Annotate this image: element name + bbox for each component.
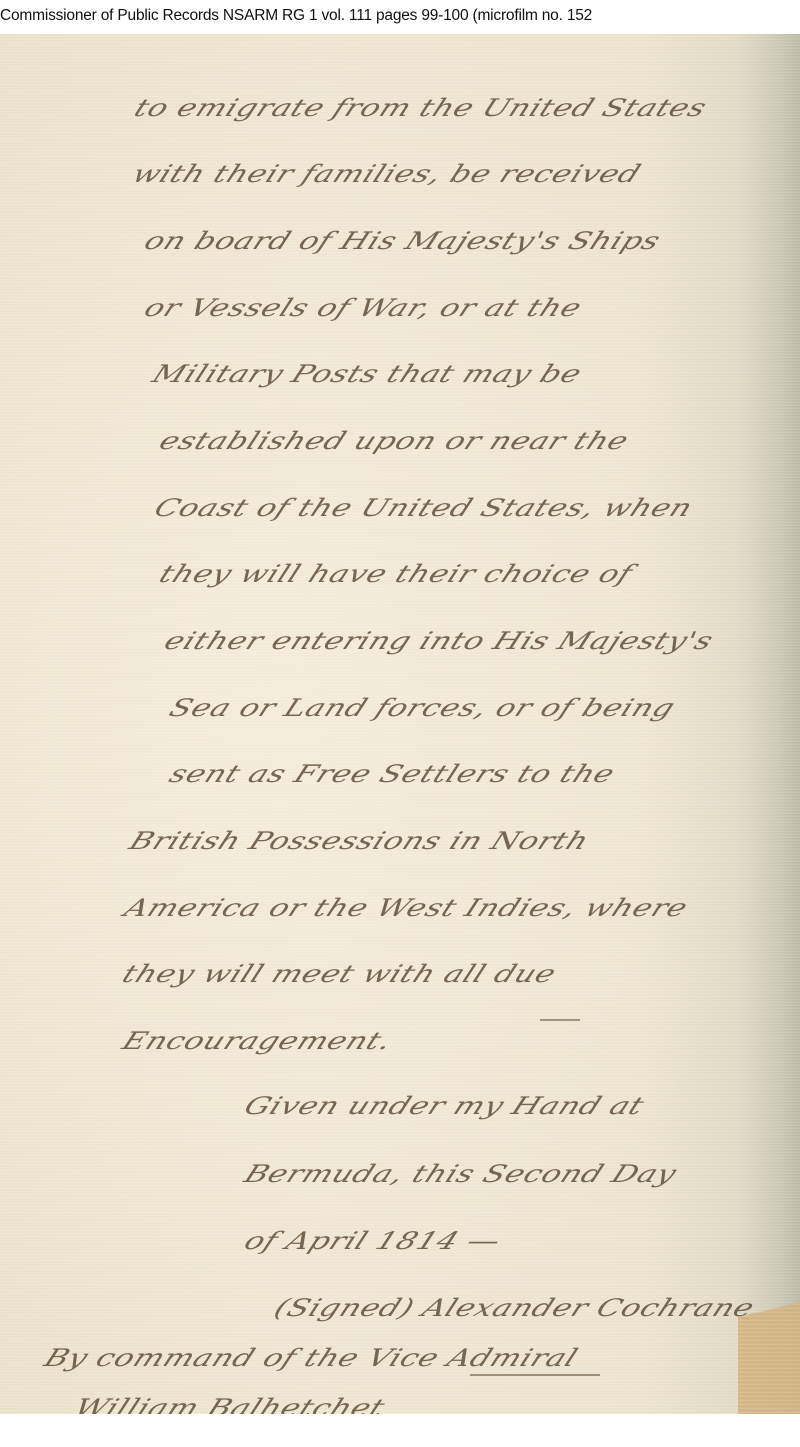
pen-dash bbox=[470, 1374, 600, 1376]
manuscript-line: or Vessels of War, or at the bbox=[140, 294, 586, 322]
manuscript-line: established upon or near the bbox=[155, 427, 633, 455]
manuscript-line: America or the West Indies, where bbox=[120, 894, 692, 922]
signature-line: (Signed) Alexander Cochrane bbox=[270, 1294, 759, 1322]
manuscript-line: Sea or Land forces, or of being bbox=[165, 694, 679, 722]
manuscript-line: they will meet with all due bbox=[118, 960, 561, 988]
secretary-signature: William Balhetchet bbox=[70, 1394, 389, 1414]
manuscript-line: they will have their choice of bbox=[155, 560, 637, 588]
document-caption: Commissioner of Public Records NSARM RG … bbox=[0, 0, 800, 34]
manuscript-line: British Possessions in North bbox=[125, 827, 593, 855]
manuscript-line: with their families, be received bbox=[128, 160, 645, 188]
manuscript-page: to emigrate from the United States with … bbox=[0, 34, 800, 1414]
closing-line: Bermuda, this Second Day bbox=[240, 1160, 681, 1188]
closing-line: Given under my Hand at bbox=[240, 1092, 648, 1120]
manuscript-line: either entering into His Majesty's bbox=[160, 627, 718, 655]
closing-line: of April 1814 — bbox=[240, 1227, 505, 1255]
binding-tape-strip bbox=[738, 1302, 800, 1414]
manuscript-line: on board of His Majesty's Ships bbox=[140, 227, 665, 255]
manuscript-line: Encouragement. bbox=[118, 1027, 396, 1055]
manuscript-line: Coast of the United States, when bbox=[150, 494, 697, 522]
manuscript-line: to emigrate from the United States bbox=[130, 94, 711, 122]
manuscript-line: Military Posts that may be bbox=[148, 360, 586, 388]
pen-dash bbox=[540, 1019, 580, 1021]
attestation-line: By command of the Vice Admiral bbox=[40, 1344, 582, 1372]
manuscript-line: sent as Free Settlers to the bbox=[165, 760, 619, 788]
